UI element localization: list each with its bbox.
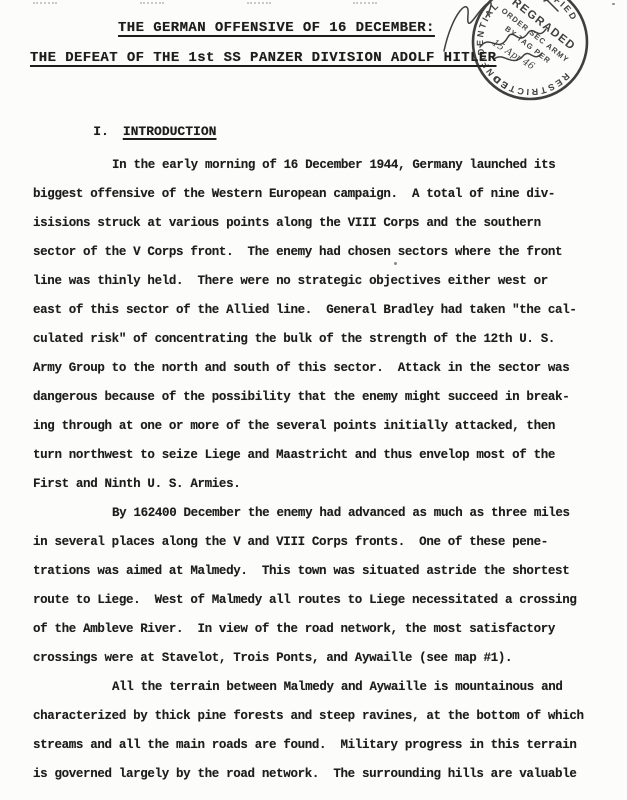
body-line: crossings were at Stavelot, Trois Ponts,…	[33, 644, 613, 673]
declassification-stamp: CONFIDENTIAL SIFIED RESTRICTED REGRADED …	[428, 0, 627, 127]
body-line: streams and all the main roads are found…	[33, 731, 613, 760]
body-line: route to Liege. West of Malmedy all rout…	[33, 586, 613, 615]
section-title: INTRODUCTION	[123, 124, 217, 139]
stamp-ring-bottom-text: RESTRICTED	[490, 71, 572, 97]
body-line: in several places along the V and VIII C…	[33, 528, 613, 557]
body-line: trations was aimed at Malmedy. This town…	[33, 557, 613, 586]
body-line: dangerous because of the possibility tha…	[33, 383, 613, 412]
body-line: of the Ambleve River. In view of the roa…	[33, 615, 613, 644]
body-line: characterized by thick pine forests and …	[33, 702, 613, 731]
body-line: culated risk" of concentrating the bulk …	[33, 325, 613, 354]
body-line: In the early morning of 16 December 1944…	[33, 151, 613, 180]
scanned-document-page: THE GERMAN OFFENSIVE OF 16 DECEMBER: THE…	[0, 0, 627, 800]
body-line: Army Group to the north and south of thi…	[33, 354, 613, 383]
svg-text:RESTRICTED: RESTRICTED	[490, 71, 572, 97]
scan-edge-dash	[353, 2, 377, 4]
body-text: In the early morning of 16 December 1944…	[33, 151, 613, 789]
body-line: ing through at one or more of the severa…	[33, 412, 613, 441]
section-number: I.	[93, 124, 109, 139]
body-line: line was thinly held. There were no stra…	[33, 267, 613, 296]
scan-edge-dash	[247, 2, 271, 4]
body-line: biggest offensive of the Western Europea…	[33, 180, 613, 209]
body-line: is governed largely by the road network.…	[33, 760, 613, 789]
scan-edge-dash	[140, 2, 164, 4]
body-line: sector of the V Corps front. The enemy h…	[33, 238, 613, 267]
document-title-line-2: THE DEFEAT OF THE 1st SS PANZER DIVISION…	[30, 50, 496, 66]
scan-edge-dash	[33, 2, 57, 4]
scan-speck	[394, 262, 397, 265]
body-line: All the terrain between Malmedy and Aywa…	[33, 673, 613, 702]
document-title-line-1: THE GERMAN OFFENSIVE OF 16 DECEMBER:	[118, 20, 435, 36]
body-line: turn northwest to seize Liege and Maastr…	[33, 441, 613, 470]
body-line: isisions struck at various points along …	[33, 209, 613, 238]
body-line: First and Ninth U. S. Armies.	[33, 470, 613, 499]
body-line: By 162400 December the enemy had advance…	[33, 499, 613, 528]
section-heading: I.INTRODUCTION	[62, 109, 216, 154]
body-line: east of this sector of the Allied line. …	[33, 296, 613, 325]
